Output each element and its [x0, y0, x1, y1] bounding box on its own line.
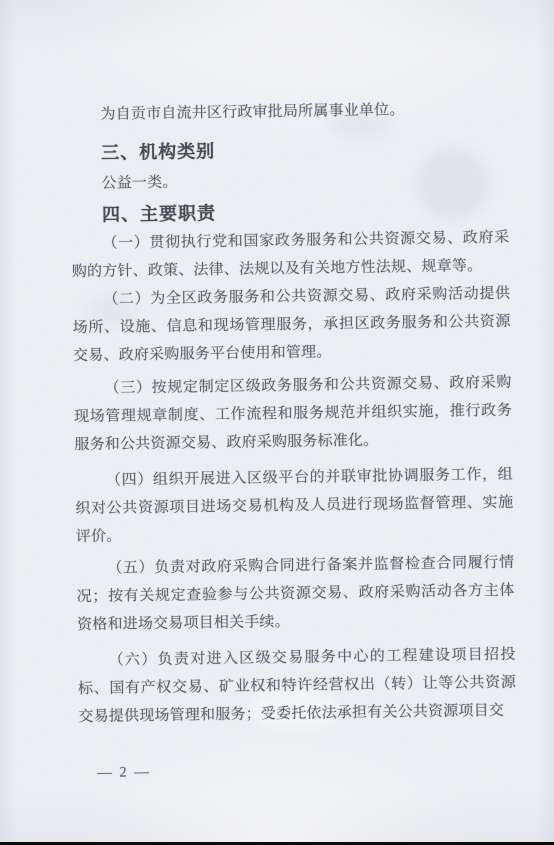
- text-line: 资格和进场交易项目相关手续。: [77, 605, 515, 639]
- text-line: 交易、政府采购服务平台使用和管理。: [73, 336, 511, 370]
- text-line: 为自贡市自流井区行政审批局所属事业单位。: [69, 95, 507, 129]
- text-line: 公益一类。: [70, 164, 508, 198]
- text-line: 三、机构类别: [70, 133, 508, 167]
- document-body-text: 为自贡市自流井区行政审批局所属事业单位。三、机构类别公益一类。四、主要职责（一）…: [69, 95, 516, 731]
- text-line: 交易提供现场管理和服务；受委托依法承担有关公共资源项目交: [78, 697, 516, 731]
- scanned-page: 为自贡市自流井区行政审批局所属事业单位。三、机构类别公益一类。四、主要职责（一）…: [0, 0, 554, 845]
- paragraph: 公益一类。: [70, 164, 508, 198]
- text-line: 服务和公共资源交易、政府采购服务标准化。: [74, 425, 512, 459]
- paragraph: （二）为全区政务服务和公共资源交易、政府采购活动提供场所、设施、信息和现场管理服…: [72, 280, 511, 370]
- paragraph: （六）负责对进入区级交易服务中心的工程建设项目招投标、国有产权交易、矿业权和特许…: [77, 641, 516, 731]
- document-content: 为自贡市自流井区行政审批局所属事业单位。三、机构类别公益一类。四、主要职责（一）…: [69, 95, 517, 787]
- paragraph: （四）组织开展进入区级平台的并联审批协调服务工作，组织对公共资源项目进场交易机构…: [75, 461, 514, 551]
- paragraph: 为自贡市自流井区行政审批局所属事业单位。: [69, 95, 507, 129]
- paragraph: （五）负责对政府采购合同进行备案并监督检查合同履行情况；按有关规定查验参与公共资…: [76, 549, 515, 639]
- section-heading: 三、机构类别: [70, 133, 508, 167]
- paragraph: （三）按规定制定区级政务服务和公共资源交易、政府采购现场管理规章制度、工作流程和…: [73, 369, 512, 459]
- page-number: — 2 —: [79, 753, 517, 787]
- paragraph: （一）贯彻执行党和国家政务服务和公共资源交易、政府采购的方针、政策、法律、法规以…: [71, 224, 510, 286]
